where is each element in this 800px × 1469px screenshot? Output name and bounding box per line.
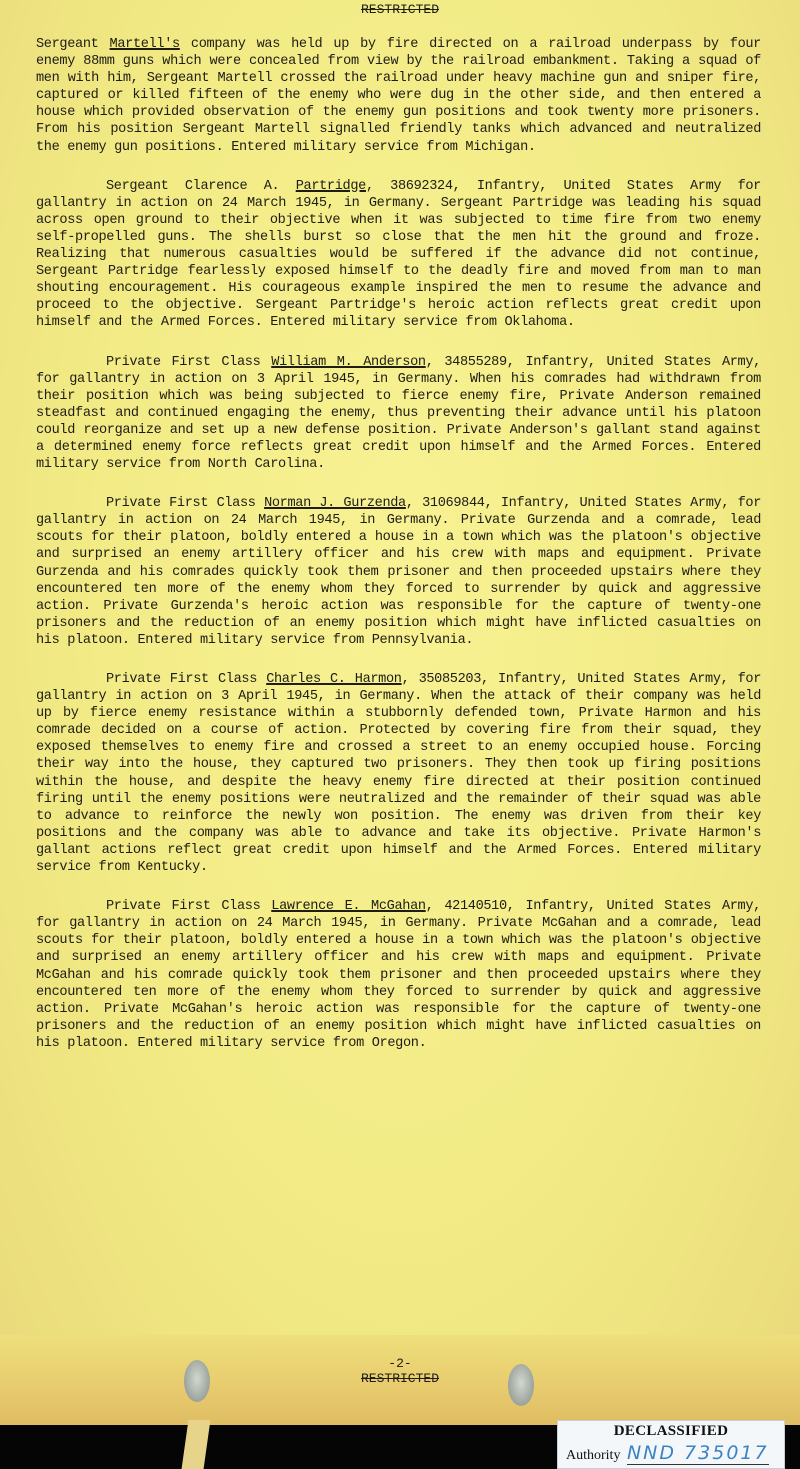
page-footer: -2- RESTRICTED (0, 1356, 800, 1386)
paragraph-harmon: Private First Class Charles C. Harmon, 3… (36, 671, 761, 876)
soldier-name: William M. Anderson (271, 355, 425, 370)
document-body: Sergeant Martell's company was held up b… (36, 36, 761, 1074)
soldier-name: Charles C. Harmon (266, 672, 401, 687)
stamp-title: DECLASSIFIED (558, 1423, 784, 1440)
declassified-stamp: DECLASSIFIED Authority NND 735017 (557, 1420, 785, 1469)
soldier-name: Lawrence E. McGahan (271, 899, 425, 914)
paragraph-martell: Sergeant Martell's company was held up b… (36, 36, 761, 156)
page-number: -2- (0, 1356, 800, 1371)
authority-label: Authority (566, 1448, 620, 1463)
paragraph-anderson: Private First Class William M. Anderson,… (36, 354, 761, 474)
header-classification: RESTRICTED (0, 2, 800, 17)
soldier-name: Partridge (296, 179, 366, 194)
soldier-name: Norman J. Gurzenda (264, 496, 406, 511)
footer-classification: RESTRICTED (0, 1371, 800, 1386)
stamp-authority: Authority NND 735017 (566, 1442, 784, 1464)
paragraph-partridge: Sergeant Clarence A. Partridge, 38692324… (36, 178, 761, 332)
authority-code: NND 735017 (627, 1442, 769, 1465)
paragraph-mcgahan: Private First Class Lawrence E. McGahan,… (36, 898, 761, 1052)
paragraph-gurzenda: Private First Class Norman J. Gurzenda, … (36, 495, 761, 649)
soldier-name: Martell's (110, 37, 180, 52)
